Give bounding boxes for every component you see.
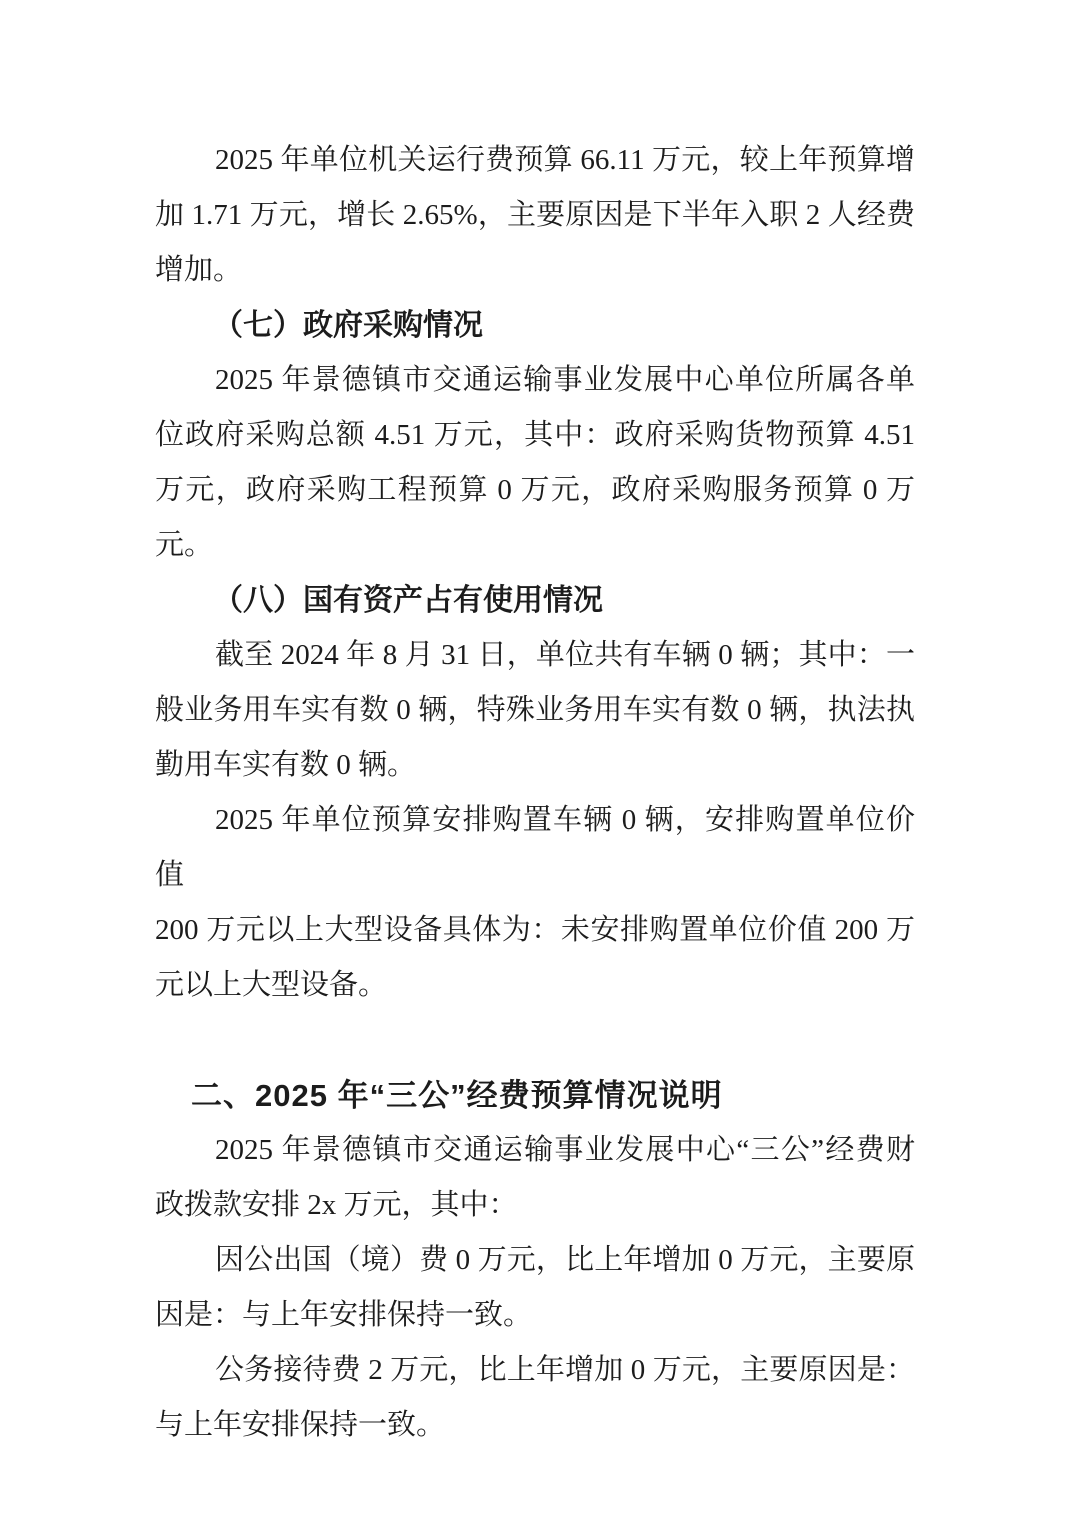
text-line: 因是：与上年安排保持一致。 bbox=[155, 1288, 915, 1343]
section-heading-8: （八）国有资产占有使用情况 bbox=[155, 573, 915, 628]
major-heading-2: 二、2025 年“三公”经费预算情况说明 bbox=[155, 1068, 915, 1123]
text-line: 勤用车实有数 0 辆。 bbox=[155, 738, 915, 793]
text-line: 与上年安排保持一致。 bbox=[155, 1398, 915, 1453]
text-line: 2025 年景德镇市交通运输事业发展中心“三公”经费财 bbox=[155, 1123, 915, 1178]
text-line: 政拨款安排 2x 万元，其中： bbox=[155, 1178, 915, 1233]
blank-line bbox=[155, 1013, 915, 1068]
text-line: 元以上大型设备。 bbox=[155, 958, 915, 1013]
text-line: 截至 2024 年 8 月 31 日，单位共有车辆 0 辆；其中：一 bbox=[155, 628, 915, 683]
text-line: 公务接待费 2 万元，比上年增加 0 万元，主要原因是： bbox=[155, 1343, 915, 1398]
document-content: 2025 年单位机关运行费预算 66.11 万元，较上年预算增 加 1.71 万… bbox=[155, 0, 915, 1453]
text-line: 加 1.71 万元，增长 2.65%，主要原因是下半年入职 2 人经费 bbox=[155, 188, 915, 243]
text-line: 增加。 bbox=[155, 243, 915, 298]
text-line: 2025 年单位预算安排购置车辆 0 辆，安排购置单位价值 bbox=[155, 793, 915, 903]
text-line: 因公出国（境）费 0 万元，比上年增加 0 万元，主要原 bbox=[155, 1233, 915, 1288]
text-line: 位政府采购总额 4.51 万元，其中：政府采购货物预算 4.51 bbox=[155, 408, 915, 463]
text-line: 2025 年单位机关运行费预算 66.11 万元，较上年预算增 bbox=[155, 133, 915, 188]
section-heading-7: （七）政府采购情况 bbox=[155, 298, 915, 353]
text-line: 般业务用车实有数 0 辆，特殊业务用车实有数 0 辆，执法执 bbox=[155, 683, 915, 738]
text-line: 2025 年景德镇市交通运输事业发展中心单位所属各单 bbox=[155, 353, 915, 408]
document-page: 2025 年单位机关运行费预算 66.11 万元，较上年预算增 加 1.71 万… bbox=[0, 0, 1074, 1520]
text-line: 200 万元以上大型设备具体为：未安排购置单位价值 200 万 bbox=[155, 903, 915, 958]
text-line: 万元，政府采购工程预算 0 万元，政府采购服务预算 0 万元。 bbox=[155, 463, 915, 573]
